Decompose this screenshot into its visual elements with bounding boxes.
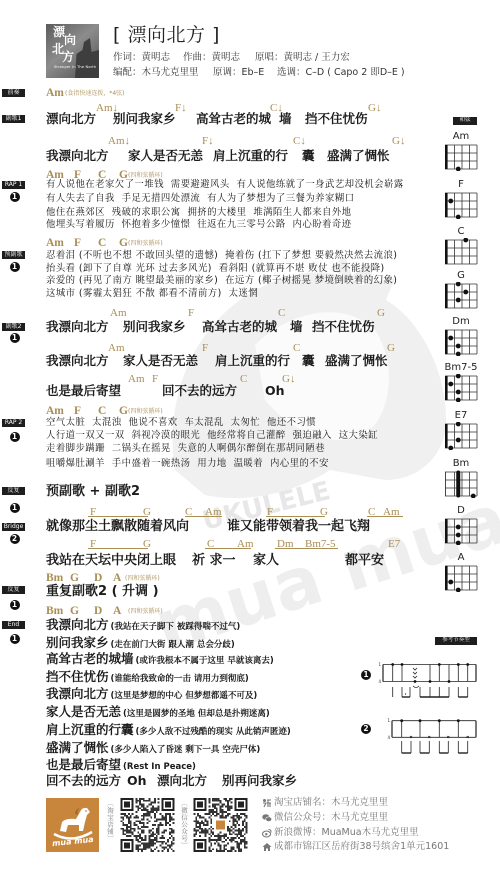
cycle-chord: D	[94, 572, 102, 584]
cycle-chord: G	[119, 405, 128, 417]
cycle-note: (四和弦循环)	[128, 172, 163, 179]
chord-name: Bm7-5	[443, 362, 479, 374]
lyric-line: 也是最后寄望(Rest In Peace)	[46, 758, 196, 774]
qr-caption-wechat: 〔微信公众号〕	[180, 800, 188, 850]
lyric-main: 我漂向北方	[46, 617, 109, 632]
footer-info-weibo: 新浪微博：MuaMua木马尤克里里	[262, 827, 419, 839]
section-label-repeat: 反复	[2, 586, 25, 594]
rap-line: 他埋头写着履历 怀抱着多少憧憬 往返在九三零号公路 内心盼着奇迹	[46, 219, 352, 231]
chord-fretboard-icon	[443, 470, 479, 498]
intro-note: (食指快速连拨，*4弦)	[65, 90, 125, 97]
cycle-chord: Am	[46, 405, 64, 417]
rap-line: 咀嚼爆肚涮羊 手中盛着一碗热汤 用力地 温暖着 内心里的不安	[46, 458, 329, 470]
cycle-chord: F	[74, 237, 81, 249]
lyric-phrase: 肩上沉重的行	[215, 354, 290, 368]
chord-name: A	[443, 552, 479, 564]
chord-diagram-bm7-5: Bm7-5	[443, 362, 479, 402]
rap-line: 他住在燕郊区 残破的求职公寓 拥挤的大楼里 堆满陌生人都来自外地	[46, 207, 352, 219]
chord-fretboard-icon	[443, 564, 479, 592]
cycle-chord: Bm	[46, 572, 63, 584]
lyric-phrase: 就像那尘土飘散随着风向	[46, 520, 189, 534]
chord-label: C	[293, 342, 300, 354]
chord-label: G	[387, 342, 395, 354]
chord-name: G	[443, 270, 479, 282]
lyric-phrase: 我漂向北方	[46, 149, 109, 163]
credit-lyricist: 作词：黄明志	[113, 52, 170, 64]
cycle-note: (四和弦循环)	[128, 240, 163, 247]
chord-name: Dm	[443, 316, 479, 328]
lyric-phrase: 囊	[302, 354, 315, 368]
lyric-phrase: 漂向北方	[157, 774, 207, 788]
footer-info-text: 微信公众号：木马尤克里里	[274, 812, 388, 824]
chord-fretboard-icon	[443, 238, 479, 266]
lyric-phrase: 别再问我家乡	[222, 774, 297, 788]
rap-line: 走着脚步蹒跚 二锅头在摇晃 失意的人啊偶尔醉倒在那胡同陋巷	[46, 443, 325, 455]
lyric-line: 亲爱的 (再见了南方 眺望最美丽的家乡) 在远方 (椰子树摇晃 梦境倒映着的幻象…	[46, 275, 397, 287]
chord-diagram-a: A	[443, 552, 479, 592]
chord-name: D	[443, 505, 479, 517]
cycle-chord: F	[74, 405, 81, 417]
lyric-main: 我漂向北方	[46, 686, 109, 701]
chord-label: G↓	[368, 102, 381, 114]
cycle-note: (四和弦循环)	[128, 608, 163, 615]
lyric-line: 肩上沉重的行囊(多少人敌不过残酷的现实 从此销声匿迹)	[46, 723, 291, 739]
credit-composer: 作曲：黄明志	[183, 52, 240, 64]
cycle-note: (四和弦循环)	[128, 408, 163, 415]
chord-label: C	[240, 373, 247, 385]
cycle-chord: C	[98, 237, 106, 249]
chord-diagram-f: F	[443, 179, 479, 219]
string-label: 4	[388, 735, 391, 740]
chord-label: Am	[110, 307, 127, 319]
lyric-phrase: 家人是否无恙	[123, 354, 198, 368]
lyric-phrase: 也是最后寄望	[46, 384, 121, 398]
lyric-phrase: 高耸古老的城	[196, 112, 271, 126]
chord-diagram-c: C	[443, 226, 479, 266]
section-label-rap-1: RAP 1	[2, 181, 25, 189]
brand-logo: mua mua	[46, 798, 99, 852]
lyric-phrase: 盛满了惆怅	[325, 354, 388, 368]
section-label-rap-2: RAP 2	[2, 419, 25, 427]
chord-fretboard-icon	[443, 282, 479, 310]
lyric-phrase: 挡不住忧伤	[305, 112, 368, 126]
credit-selected-key: 选调：C–D ( Capo 2 即D–E )	[277, 67, 405, 79]
rhythm-panel-title: 参考节奏型	[435, 637, 477, 645]
lyric-aside: (多少人敌不过残酷的现实 从此销声匿迹)	[136, 727, 291, 737]
rhythm-pattern-number: 1	[361, 670, 371, 680]
chord-name: F	[443, 179, 479, 191]
lyric-line: 抬头看 (卸下了自尊 光环 过去多风光) 看斜阳 (就算再不堪 败仗 也不能投降…	[46, 263, 385, 275]
chord-underline	[88, 516, 148, 517]
strum-pattern-notation: 1 4 1 4	[372, 655, 482, 760]
chord-label: C	[278, 307, 285, 319]
lyric-main: 也是最后寄望	[46, 757, 121, 772]
wechat-icon	[262, 813, 272, 823]
chord-fretboard-icon	[443, 422, 479, 450]
strum-pattern-badge: 2	[10, 534, 20, 544]
lyric-main: 别问我家乡	[46, 635, 109, 650]
taobao-icon	[262, 798, 272, 808]
lyric-phrase: 囊	[302, 149, 315, 163]
chord-diagram-bm: Bm	[443, 458, 479, 498]
lyric-aside: (我站在天子脚下 被踩得喘不过气)	[111, 622, 241, 632]
rhythm-pattern-number: 2	[361, 724, 371, 734]
chord-underline	[275, 548, 338, 549]
lyric-aside: (走在前门大街 跟人潮 总会分歧)	[111, 640, 235, 650]
chord-diagram-g: G	[443, 270, 479, 310]
lyric-main: 肩上沉重的行囊	[46, 722, 134, 737]
footer-info-text: 淘宝店铺名：木马尤克里里	[274, 797, 388, 809]
lyric-aside: (这里是梦想的中心 但梦想都遥不可及)	[111, 691, 258, 701]
home-icon	[262, 842, 272, 852]
cycle-chord: Bm	[46, 605, 63, 617]
chord-underline	[266, 516, 325, 517]
chord-fretboard-icon	[443, 143, 479, 171]
chord-label: F	[188, 307, 194, 319]
lyric-phrase: 家人	[253, 554, 279, 568]
lyric-line: 忍着泪 (不听也不想 不敢回头望的遗憾) 掩着伤 (扛下了梦想 要毅然决然去流浪…	[46, 250, 397, 262]
section-label-repeat: 反复	[2, 487, 25, 495]
chord-label: G	[377, 307, 385, 319]
lyric-phrase: 高耸古老的城	[202, 320, 277, 334]
lyric-phrase: 墙	[279, 112, 292, 126]
strum-pattern-badge: 1	[10, 432, 20, 442]
section-label-end: End	[2, 621, 25, 629]
wechat-qr-code[interactable]	[193, 798, 248, 852]
page-title: [ 漂向北方 ]	[113, 24, 220, 46]
strum-pattern-badge: 1	[10, 600, 20, 610]
lyric-aside: (Rest In Peace)	[123, 762, 196, 772]
chord-diagram-d: D	[443, 505, 479, 545]
album-art-char: 向	[64, 34, 76, 46]
album-art-caption: Stranger In The North	[54, 65, 96, 69]
repeat-instruction: 重复副歌2 ( 升调 )	[46, 585, 159, 599]
chord-name: Am	[443, 131, 479, 143]
lyric-phrase: 我站在天坛中央闭上眼	[46, 554, 176, 568]
lyric-line: 高耸古老的城墙(或许我根本不属于这里 早就该离去)	[46, 652, 274, 668]
chord-label: Am	[108, 342, 125, 354]
rap-line: 人行道一双又一双 斜视冷漠的眼光 他经常将自己灌醉 强迫融入 这大染缸	[46, 430, 378, 442]
cycle-chord: G	[70, 572, 79, 584]
section-label-intro: 前奏	[2, 89, 25, 97]
chord-fretboard-icon	[443, 374, 479, 402]
cycle-note: (四和弦循环)	[125, 575, 160, 582]
footer-info-wechat: 微信公众号：木马尤克里里	[262, 812, 388, 824]
footer-info-address: 成都市锦江区岳府街38号缤舍1单元1601	[262, 841, 449, 853]
chord-diagram-dm: Dm	[443, 316, 479, 356]
rap-line: 有人说他在老家欠了一堆钱 需要避避风头 有人说他练就了一身武艺却没机会崭露	[46, 179, 404, 191]
lyric-phrase: 别问我家乡	[113, 112, 176, 126]
lyric-phrase: 盛满了惆怅	[327, 149, 390, 163]
chord-name: E7	[443, 410, 479, 422]
section-label-pre-chorus: 预副歌	[2, 251, 25, 259]
weibo-icon	[262, 828, 272, 838]
lyric-phrase: 漂向北方	[46, 112, 96, 126]
section-label-bridge: Bridge	[2, 523, 25, 531]
lyric-aside: (多少人陷入了昏迷 剩下一具 空壳尸体)	[111, 745, 261, 755]
string-label: 1	[379, 662, 382, 667]
string-label: 4	[379, 679, 382, 684]
chord-label: C↓	[293, 135, 306, 147]
chord-underline	[88, 548, 148, 549]
chord-panel-title: 和弦	[453, 117, 477, 125]
footer-info-text: 新浪微博：MuaMua木马尤克里里	[274, 827, 419, 839]
chord-diagram-am: Am	[443, 131, 479, 171]
lyric-line: 别问我家乡(走在前门大街 跟人潮 总会分歧)	[46, 636, 235, 652]
chord-diagram-e7: E7	[443, 410, 479, 450]
chord-label: F	[152, 373, 158, 385]
strum-pattern-badge: 1	[10, 503, 20, 513]
cycle-chord: G	[70, 605, 79, 617]
lyric-line: 挡不住忧伤(谁能给我致命的一击 请用力到彻底)	[46, 670, 249, 686]
lyric-phrase: Oh	[265, 384, 285, 398]
chord-name: C	[443, 226, 479, 238]
chord-fretboard-icon	[443, 517, 479, 545]
lyric-phrase: 我漂向北方	[46, 320, 109, 334]
lyric-phrase: 我漂向北方	[46, 354, 109, 368]
taobao-qr-code[interactable]	[120, 798, 175, 852]
lyric-phrase: 家人是否无恙	[128, 149, 203, 163]
lyric-main: 家人是否无恙	[46, 704, 121, 719]
cycle-chord: C	[98, 405, 106, 417]
chord-label: F↓	[175, 102, 187, 114]
footer-info-taobao: 淘宝店铺名：木马尤克里里	[262, 797, 388, 809]
strum-pattern-badge: 1	[10, 333, 20, 343]
cycle-chord: D	[94, 605, 102, 617]
cycle-chord: Am	[46, 237, 64, 249]
lyric-phrase: 谁又能带领着我一起飞翔	[227, 520, 370, 534]
lyric-line: 家人是否无恙(这里是圆梦的圣地 但却总是扑朔迷离)	[46, 705, 270, 721]
chord-label: G↓	[392, 135, 405, 147]
lyric-line: 我漂向北方(这里是梦想的中心 但梦想都遥不可及)	[46, 687, 257, 703]
chord-label: F↓	[202, 135, 214, 147]
cycle-chord: A	[113, 605, 121, 617]
lyric-phrase: 肩上沉重的行	[213, 149, 288, 163]
credit-arranger: 编配：木马尤克里里	[113, 67, 199, 79]
intro-chord: Am	[46, 87, 64, 99]
section-label-chorus-1: 副歌1	[2, 115, 25, 123]
lyric-phrase: 都平安	[345, 554, 384, 568]
footer-info-text: 成都市锦江区岳府街38号缤舍1单元1601	[274, 841, 449, 853]
album-art-char: 方	[62, 51, 74, 63]
lyric-phrase: Oh	[127, 774, 147, 788]
rap-line: 有人失去了自我 手足无措四处漂流 有人为了梦想为了三餐为养家糊口	[46, 193, 354, 205]
lyric-phrase: 回不去的远方	[46, 774, 121, 788]
lyric-main: 挡不住忧伤	[46, 669, 109, 684]
lyric-phrase: 墙	[290, 320, 303, 334]
lyric-phrase: 祈 求一	[192, 554, 236, 568]
chord-label: F	[202, 342, 208, 354]
chord-label: Am	[128, 373, 145, 385]
chord-name: Bm	[443, 458, 479, 470]
chord-label: E7	[388, 538, 400, 550]
ukulele-song-sheet: UKULELE mua mua 漂 向 北 方 Stranger In The …	[0, 0, 500, 869]
credit-original-singer: 原唱：黄明志 / 王力宏	[255, 52, 350, 64]
strum-pattern-badge: 1	[10, 634, 20, 644]
lyric-main: 盛满了惆怅	[46, 740, 109, 755]
album-art: 漂 向 北 方 Stranger In The North	[46, 24, 99, 78]
lyric-phrase: 回不去的远方	[162, 384, 237, 398]
chord-underline	[185, 516, 222, 517]
credit-original-key: 原调：Eb–E	[213, 67, 264, 79]
chord-underline	[367, 516, 403, 517]
lyric-line: 我漂向北方(我站在天子脚下 被踩得喘不过气)	[46, 618, 240, 634]
chord-fretboard-icon	[443, 328, 479, 356]
section-label-chorus-2: 副歌2	[2, 323, 25, 331]
lyric-aside: (或许我根本不属于这里 早就该离去)	[136, 656, 274, 666]
cycle-chord: A	[113, 572, 121, 584]
strum-pattern-badge: 1	[10, 262, 20, 272]
lyric-phrase: 挡不住忧伤	[312, 320, 375, 334]
string-label: 1	[388, 718, 391, 723]
chord-label: Am↓	[108, 135, 130, 147]
lyric-line: 这城市 (雾霾太猖狂 不散 都看不清前方) 太迷惘	[46, 288, 258, 300]
lyric-main: 高耸古老的城墙	[46, 651, 134, 666]
rap-line: 空气太脏 太混浊 他说不喜欢 车太混乱 太匆忙 他还不习惯	[46, 417, 316, 429]
chord-fretboard-icon	[443, 191, 479, 219]
strum-pattern-badge: 1	[10, 192, 20, 202]
chord-underline	[205, 548, 251, 549]
lyric-line: 盛满了惆怅(多少人陷入了昏迷 剩下一具 空壳尸体)	[46, 741, 260, 757]
lyric-aside: (谁能给我致命的一击 请用力到彻底)	[111, 674, 249, 684]
cycle-chord: G	[119, 237, 128, 249]
repeat-instruction: 预副歌 + 副歌2	[46, 485, 140, 499]
lyric-aside: (这里是圆梦的圣地 但却总是扑朔迷离)	[123, 709, 270, 719]
qr-caption-taobao: 〔淘宝店铺〕	[106, 800, 114, 850]
lyric-phrase: 别问我家乡	[123, 320, 186, 334]
